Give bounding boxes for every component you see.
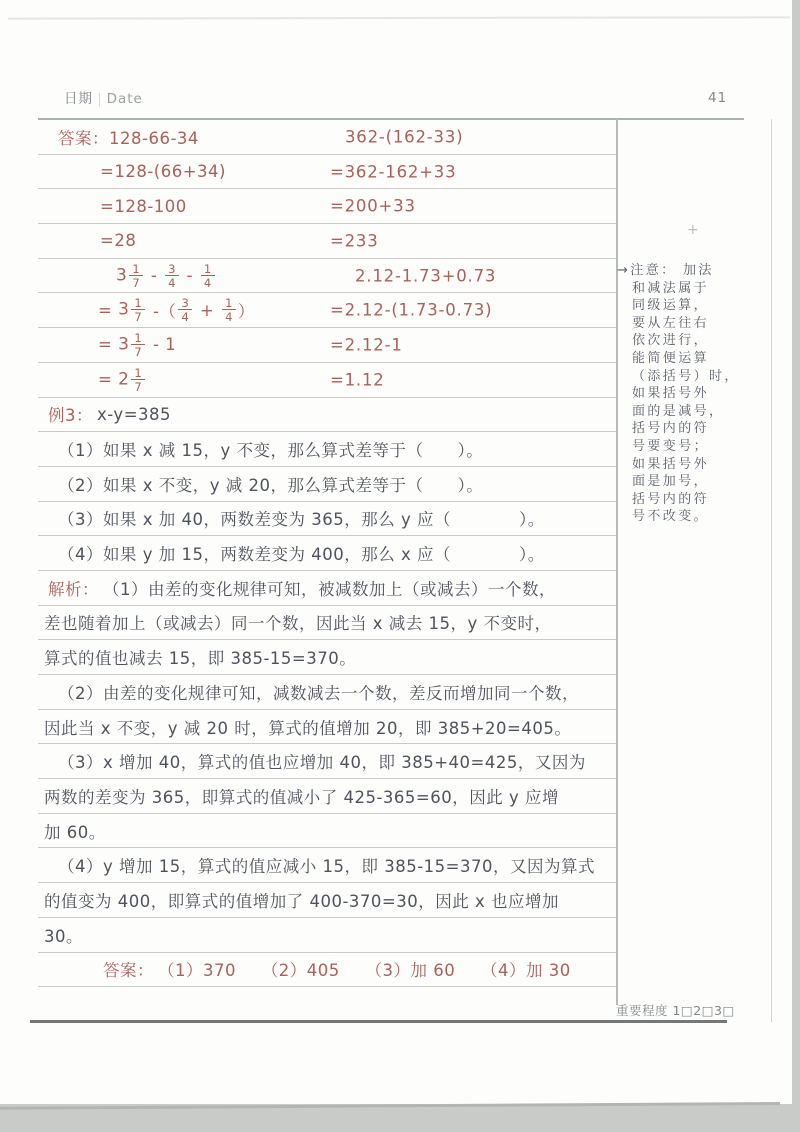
handwriting-right: 362-(162-33) — [345, 127, 463, 146]
sheet-row: （4）y 增加 15，算式的值应减小 15，即 385-15=370，又因为算式 — [38, 848, 616, 883]
handwriting-right: =2.12-1 — [330, 335, 403, 354]
scan-artifact-plus: + — [687, 222, 699, 238]
handwriting-left: 两数的差变为 365，即算式的值减小了 425-365=60，因此 y 应增 — [44, 784, 559, 808]
sheet-row: =28=233 — [38, 224, 616, 259]
sheet-row: （3）x 增加 40，算式的值也应增加 40，即 385+40=425，又因为 — [38, 744, 616, 779]
sheet-row: = 217=1.12 — [38, 363, 616, 398]
sheet-row: 加 60。 — [38, 814, 616, 849]
handwriting-right: =1.12 — [330, 370, 385, 389]
bottom-rule — [30, 1020, 727, 1023]
fraction: 14 — [222, 297, 236, 323]
handwriting-left: （1）如果 x 减 15，y 不变，那么算式差等于（ ）。 — [58, 437, 483, 461]
handwriting-left: （2）由差的变化规律可知，减数减去一个数，差反而增加同一个数， — [58, 680, 579, 704]
sheet-row: 答案：（1）370 （2）405 （3）加 60 （4）加 30 — [38, 953, 616, 988]
handwriting-left: 差也随着加上（或减去）同一个数，因此当 x 减去 15，y 不变时， — [44, 610, 552, 634]
sheet-row: （3）如果 x 加 40，两数差变为 365，那么 y 应（ ）。 — [38, 502, 616, 537]
sheet-row: 答案：128-66-34362-(162-33) — [38, 120, 616, 155]
handwriting-left: 加 60。 — [44, 819, 106, 843]
handwriting-left: 因此当 x 不变，y 减 20 时，算式的值增加 20，即 385+20=405… — [44, 715, 571, 739]
margin-note: →注意： 加法 和减法属于 同级运算， 要从左往右 依次进行， 能简便运算 （添… — [617, 262, 784, 526]
sheet-row: 算式的值也减去 15，即 385-15=370。 — [38, 640, 616, 675]
handwriting-left: 例3：x-y=385 — [48, 402, 171, 426]
sheet-row: （2）如果 x 不变，y 减 20，那么算式差等于（ ）。 — [38, 467, 616, 502]
fraction: 34 — [178, 297, 192, 323]
sheet-row: （1）如果 x 减 15，y 不变，那么算式差等于（ ）。 — [38, 432, 616, 467]
sheet-row: =128-(66+34)=362-162+33 — [38, 155, 616, 190]
sheet-row: 30。 — [38, 918, 616, 953]
handwriting-left: （4）y 增加 15，算式的值应减小 15，即 385-15=370，又因为算式 — [58, 853, 595, 877]
sheet-row: （2）由差的变化规律可知，减数减去一个数，差反而增加同一个数， — [38, 675, 616, 710]
sheet-row: =128-100=200+33 — [38, 189, 616, 224]
sheet-row: （4）如果 y 加 15，两数差变为 400，那么 x 应（ ）。 — [38, 536, 616, 571]
handwriting-left: 算式的值也减去 15，即 385-15=370。 — [44, 645, 356, 669]
handwriting-left: =128-(66+34) — [100, 162, 226, 181]
mixed-number: 217 — [118, 367, 147, 393]
sheet: 答案：128-66-34362-(162-33)=128-(66+34)=362… — [38, 120, 616, 1022]
mixed-number: 317 — [118, 332, 147, 358]
sheet-row: 差也随着加上（或减去）同一个数，因此当 x 减去 15，y 不变时， — [38, 606, 616, 641]
handwriting-left: 317 - 34 - 14 — [116, 263, 217, 289]
fraction: 14 — [201, 263, 215, 289]
handwriting-right: =2.12-(1.73-0.73) — [330, 301, 492, 320]
handwriting-left: （2）如果 x 不变，y 减 20，那么算式差等于（ ）。 — [58, 472, 483, 496]
mixed-number: 317 — [116, 263, 145, 289]
sheet-row: 两数的差变为 365，即算式的值减小了 425-365=60，因此 y 应增 — [38, 779, 616, 814]
handwriting-left: = 217 — [98, 367, 147, 393]
sheet-row: 的值变为 400，即算式的值增加了 400-370=30，因此 x 也应增加 — [38, 883, 616, 918]
sheet-row: 解析：（1）由差的变化规律可知，被减数加上（或减去）一个数， — [38, 571, 616, 606]
handwriting-left: （3）x 增加 40，算式的值也应增加 40，即 385+40=425，又因为 — [58, 749, 586, 773]
sheet-row: 317 - 34 - 142.12-1.73+0.73 — [38, 259, 616, 294]
handwriting-right: =233 — [330, 231, 379, 250]
date-label: 日期 — [64, 91, 93, 107]
fraction: 17 — [129, 263, 143, 289]
sheet-row: 因此当 x 不变，y 减 20 时，算式的值增加 20，即 385+20=405… — [38, 710, 616, 745]
date-divider: | — [93, 91, 107, 107]
handwriting-left: =128-100 — [100, 197, 187, 216]
handwriting-left: 的值变为 400，即算式的值增加了 400-370=30，因此 x 也应增加 — [44, 888, 559, 912]
handwriting-left: （4）如果 y 加 15，两数差变为 400，那么 x 应（ ）。 — [58, 541, 545, 565]
handwriting-left: 答案：（1）370 （2）405 （3）加 60 （4）加 30 — [103, 957, 571, 981]
mixed-number: 317 — [118, 297, 147, 323]
sheet-row: = 317 - 1=2.12-1 — [38, 328, 616, 363]
handwriting-right: =200+33 — [330, 197, 416, 216]
handwriting-left: = 317 -（34 + 14） — [98, 297, 255, 323]
sheet-row: = 317 -（34 + 14）=2.12-(1.73-0.73) — [38, 293, 616, 328]
sheet-row: 例3：x-y=385 — [38, 398, 616, 433]
page-number: 41 — [708, 90, 727, 106]
sheet-row — [38, 987, 616, 1022]
handwriting-left: （3）如果 x 加 40，两数差变为 365，那么 y 应（ ）。 — [58, 506, 545, 530]
fraction: 34 — [165, 263, 179, 289]
handwriting-label: 解析： — [48, 576, 99, 600]
vertical-divider — [616, 119, 618, 1005]
handwriting-label: 答案： — [103, 957, 154, 981]
handwriting-left: 答案：128-66-34 — [58, 125, 199, 149]
handwriting-left: 30。 — [44, 923, 83, 947]
fraction: 17 — [131, 367, 145, 393]
header-date: 日期|Date — [64, 87, 143, 107]
handwriting-left: =28 — [100, 231, 136, 250]
importance-label: 重要程度 1□2□3□ — [616, 1001, 735, 1019]
handwriting-right: 2.12-1.73+0.73 — [355, 266, 496, 285]
date-label-en: Date — [107, 91, 143, 107]
fraction: 17 — [131, 297, 145, 323]
handwriting-left: = 317 - 1 — [98, 332, 176, 358]
handwriting-label: 例3： — [48, 402, 93, 426]
fraction: 17 — [131, 332, 145, 358]
right-margin-line — [771, 119, 772, 1022]
handwriting-left: 解析：（1）由差的变化规律可知，被减数加上（或减去）一个数， — [48, 576, 556, 600]
handwriting-right: =362-162+33 — [330, 162, 456, 181]
